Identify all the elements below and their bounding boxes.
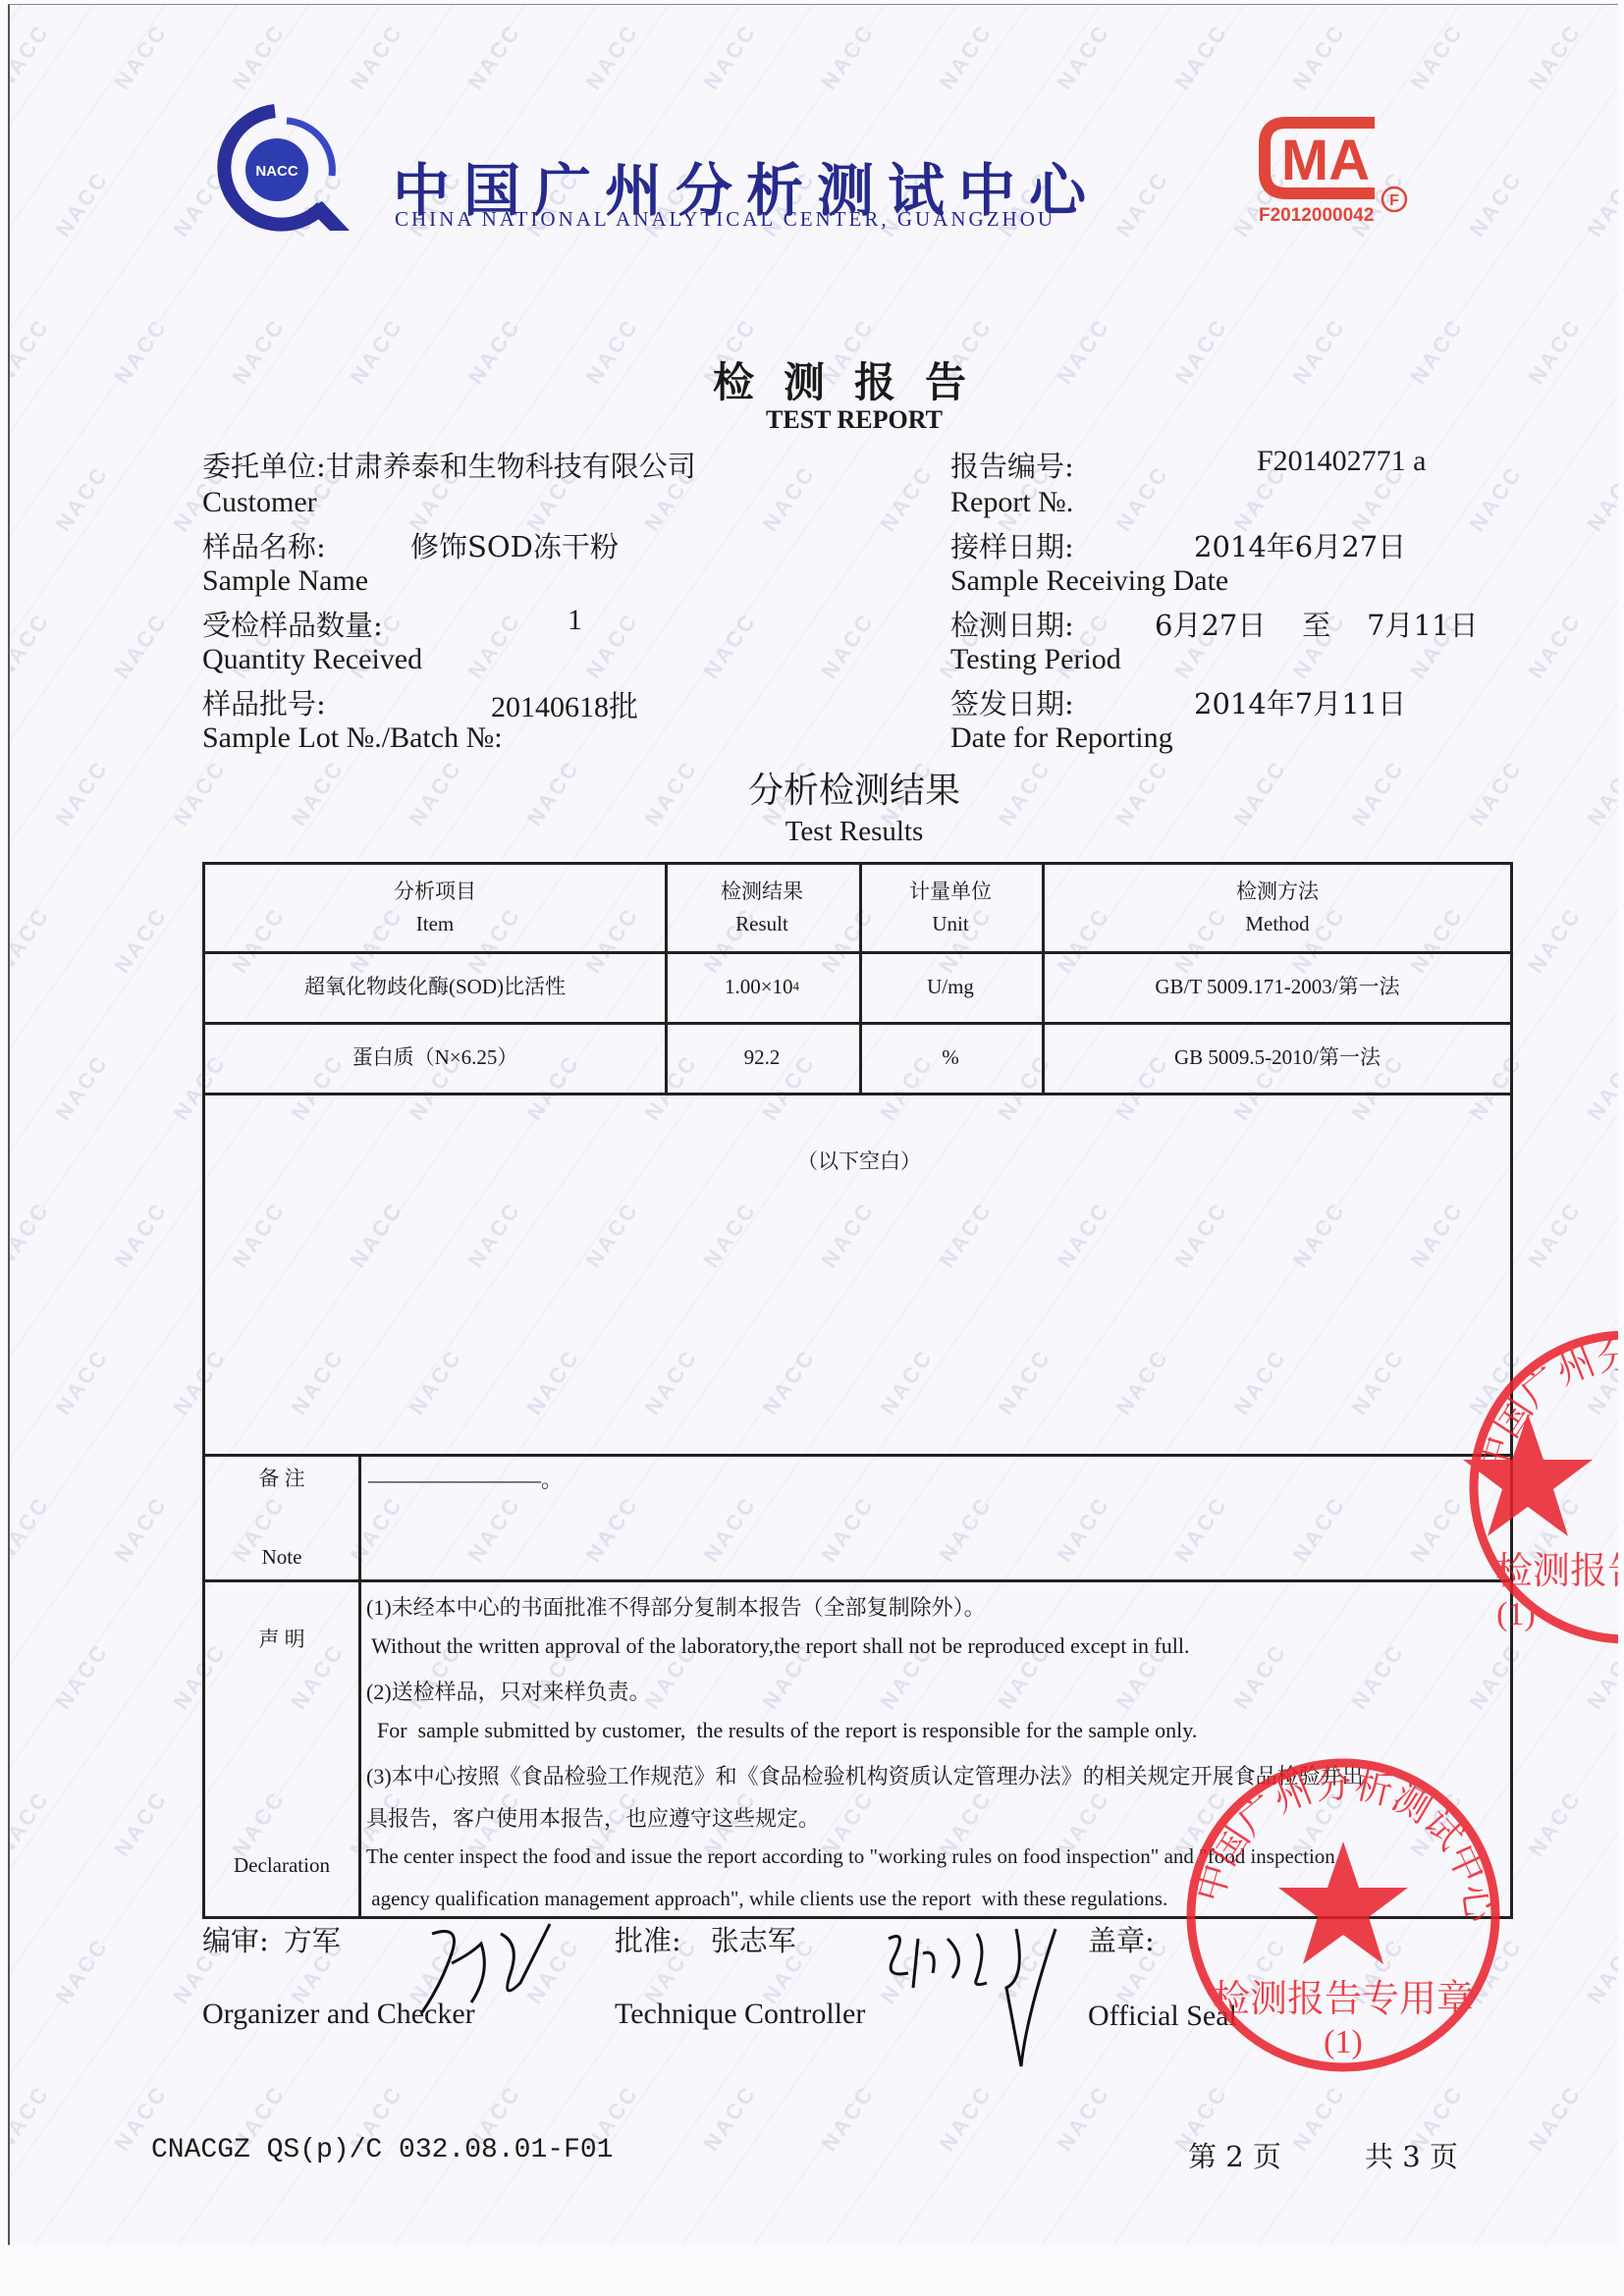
watermark-text: NACC bbox=[1287, 2081, 1351, 2157]
watermark-text: NACC bbox=[50, 167, 114, 242]
svg-text:NACC: NACC bbox=[255, 163, 298, 180]
sample-name-label-cn: 样品名称: bbox=[202, 525, 326, 565]
row1-result: 1.00×104 bbox=[665, 951, 859, 1022]
declaration-line-1: (1)未经本中心的书面批准不得部分复制本报告（全部复制除外）。 bbox=[366, 1591, 986, 1622]
svg-text:MA: MA bbox=[1281, 129, 1370, 192]
note-content: ————————。 bbox=[368, 1464, 563, 1494]
report-no-label-cn: 报告编号: bbox=[950, 445, 1074, 485]
customer-field: 委托单位:甘肃养泰和生物科技有限公司 bbox=[202, 445, 696, 485]
col-header-result: 检测结果Result bbox=[665, 865, 859, 951]
declaration-label-cn: 声 明 bbox=[205, 1625, 358, 1654]
controller-field: 批准: 张志军 bbox=[615, 1919, 796, 1959]
official-seal-partial-icon: 中国广州分析测试中心 检测报告专用章 (1) bbox=[1459, 1320, 1618, 1654]
watermark-text: NACC bbox=[1464, 461, 1528, 537]
col-header-unit: 计量单位Unit bbox=[859, 865, 1042, 951]
col-header-method: 检测方法Method bbox=[1042, 865, 1513, 951]
cma-number: F2012000042 bbox=[1259, 205, 1374, 227]
watermark-text: NACC bbox=[8, 1492, 55, 1568]
official-seal-icon: 中国广州分析测试中心 检测报告专用章 (1) bbox=[1176, 1748, 1510, 2082]
report-no-value: F201402771 a bbox=[1257, 445, 1427, 478]
watermark-text: NACC bbox=[1110, 167, 1174, 242]
report-date-label-cn: 签发日期: bbox=[950, 682, 1074, 722]
customer-label-cn: 委托单位: bbox=[202, 450, 326, 483]
watermark-text: NACC bbox=[50, 1934, 114, 2009]
organizer-label-en: Organizer and Checker bbox=[202, 1998, 475, 2031]
watermark-text: NACC bbox=[109, 609, 173, 684]
report-date-value: 2014年7月11日 bbox=[1194, 682, 1406, 722]
col-header-item: 分析项目Item bbox=[205, 865, 665, 951]
declaration-line-3: (2)送检样品，只对来样负责。 bbox=[366, 1676, 651, 1706]
watermark-text: NACC bbox=[1052, 2081, 1115, 2157]
results-title-en: Test Results bbox=[10, 816, 1618, 848]
report-title-cn: 检测报告 bbox=[10, 350, 1618, 409]
row2-result: 92.2 bbox=[665, 1022, 859, 1093]
watermark-text: NACC bbox=[1582, 461, 1618, 537]
report-date-label-en: Date for Reporting bbox=[950, 721, 1173, 755]
watermark-text: NACC bbox=[109, 1198, 173, 1273]
declaration-line-4: For sample submitted by customer, the re… bbox=[366, 1718, 1197, 1743]
receiving-date-label-cn: 接样日期: bbox=[950, 525, 1074, 565]
watermark-text: NACC bbox=[1523, 20, 1587, 95]
row1-unit: U/mg bbox=[859, 951, 1042, 1022]
svg-text:检测报告专用章: 检测报告专用章 bbox=[1495, 1549, 1618, 1592]
sample-name-label-en: Sample Name bbox=[202, 564, 368, 598]
watermark-text: NACC bbox=[875, 461, 939, 537]
watermark-text: NACC bbox=[698, 609, 762, 684]
page-total: 共 3 页 bbox=[1365, 2135, 1458, 2175]
testing-period-label-cn: 检测日期: bbox=[950, 604, 1074, 644]
seal-label-cn: 盖章: bbox=[1088, 1919, 1155, 1959]
svg-text:检测报告专用章: 检测报告专用章 bbox=[1213, 1977, 1474, 2020]
watermark-text: NACC bbox=[227, 20, 291, 95]
watermark-text: NACC bbox=[50, 1639, 114, 1715]
results-title-cn: 分析检测结果 bbox=[10, 763, 1618, 813]
receiving-date-label-en: Sample Receiving Date bbox=[950, 564, 1228, 598]
watermark-text: NACC bbox=[462, 609, 526, 684]
receiving-date-value: 2014年6月27日 bbox=[1194, 525, 1406, 565]
row1-method: GB/T 5009.171-2003/第一法 bbox=[1042, 951, 1513, 1022]
organizer-name: 方军 bbox=[284, 1924, 341, 1957]
watermark-text: NACC bbox=[50, 461, 114, 537]
watermark-text: NACC bbox=[8, 20, 55, 95]
watermark-text: NACC bbox=[580, 609, 644, 684]
watermark-text: NACC bbox=[1287, 20, 1351, 95]
blank-below-note: （以下空白） bbox=[205, 1142, 1513, 1181]
watermark-text: NACC bbox=[1169, 20, 1233, 95]
note-label-en: Note bbox=[205, 1542, 358, 1572]
watermark-text: NACC bbox=[1582, 1934, 1618, 2009]
watermark-text: NACC bbox=[757, 461, 821, 537]
controller-signature-icon bbox=[879, 1919, 1075, 2076]
page-current: 第 2 页 bbox=[1188, 2135, 1281, 2175]
watermark-text: NACC bbox=[109, 1787, 173, 1862]
row1-item: 超氧化物歧化酶(SOD)比活性 bbox=[205, 951, 665, 1022]
row2-item: 蛋白质（N×6.25） bbox=[205, 1022, 665, 1093]
org-name-en: CHINA NATIONAL ANALYTICAL CENTER, GUANGZ… bbox=[395, 207, 1056, 232]
batch-label-cn: 样品批号: bbox=[202, 682, 326, 722]
watermark-text: NACC bbox=[8, 2081, 55, 2157]
watermark-text: NACC bbox=[698, 20, 762, 95]
watermark-text: NACC bbox=[8, 609, 55, 684]
quantity-label-en: Quantity Received bbox=[202, 643, 422, 676]
testing-period-label-en: Testing Period bbox=[950, 643, 1121, 676]
watermark-text: NACC bbox=[1110, 461, 1174, 537]
watermark-text: NACC bbox=[50, 1345, 114, 1420]
watermark-text: NACC bbox=[1523, 1198, 1587, 1273]
watermark-text: NACC bbox=[580, 20, 644, 95]
batch-value: 20140618批 bbox=[491, 682, 638, 725]
form-code: CNACGZ QS(p)/C 032.08.01-F01 bbox=[151, 2135, 613, 2165]
nacc-logo-icon: NACC bbox=[206, 99, 363, 237]
watermark-text: NACC bbox=[934, 20, 998, 95]
watermark-text: NACC bbox=[8, 1198, 55, 1273]
report-title-en: TEST REPORT bbox=[10, 405, 1618, 435]
watermark-text: NACC bbox=[1523, 1787, 1587, 1862]
watermark-text: NACC bbox=[1523, 2081, 1587, 2157]
watermark-text: NACC bbox=[816, 609, 880, 684]
report-page: NACCNACCNACCNACCNACCNACCNACCNACCNACCNACC… bbox=[8, 4, 1618, 2245]
controller-name: 张志军 bbox=[711, 1924, 796, 1957]
watermark-text: NACC bbox=[1582, 167, 1618, 242]
watermark-text: NACC bbox=[1582, 1050, 1618, 1126]
customer-value: 甘肃养泰和生物科技有限公司 bbox=[326, 450, 696, 483]
declaration-line-8: agency qualification management approach… bbox=[366, 1887, 1167, 1911]
sample-name-value: 修饰SOD冻干粉 bbox=[410, 525, 619, 565]
watermark-text: NACC bbox=[1405, 20, 1469, 95]
svg-text:(1): (1) bbox=[1324, 2024, 1363, 2060]
watermark-text: NACC bbox=[1523, 903, 1587, 979]
watermark-text: NACC bbox=[1464, 167, 1528, 242]
declaration-line-2: Without the written approval of the labo… bbox=[366, 1633, 1190, 1659]
watermark-text: NACC bbox=[698, 2081, 762, 2157]
row2-method: GB 5009.5-2010/第一法 bbox=[1042, 1022, 1513, 1093]
declaration-label-en: Declaration bbox=[205, 1850, 358, 1880]
svg-text:(1): (1) bbox=[1496, 1596, 1536, 1632]
note-label-cn: 备 注 bbox=[205, 1464, 358, 1493]
watermark-text: NACC bbox=[934, 2081, 998, 2157]
watermark-text: NACC bbox=[1052, 20, 1115, 95]
watermark-text: NACC bbox=[109, 1492, 173, 1568]
watermark-text: NACC bbox=[816, 2081, 880, 2157]
report-no-label-en: Report №. bbox=[950, 486, 1073, 519]
quantity-label-cn: 受检样品数量: bbox=[202, 604, 383, 644]
batch-label-en: Sample Lot №./Batch №: bbox=[202, 721, 503, 755]
row2-unit: % bbox=[859, 1022, 1042, 1093]
controller-label-en: Technique Controller bbox=[615, 1998, 865, 2031]
watermark-text: NACC bbox=[8, 903, 55, 979]
declaration-line-6: 具报告，客户使用本报告，也应遵守这些规定。 bbox=[366, 1802, 820, 1833]
watermark-text: NACC bbox=[345, 20, 408, 95]
watermark-text: NACC bbox=[8, 1787, 55, 1862]
watermark-text: NACC bbox=[109, 20, 173, 95]
svg-text:F: F bbox=[1389, 192, 1399, 209]
quantity-value: 1 bbox=[568, 604, 582, 637]
watermark-text: NACC bbox=[462, 20, 526, 95]
watermark-text: NACC bbox=[816, 20, 880, 95]
customer-label-en: Customer bbox=[202, 486, 317, 519]
testing-period-value: 6月27日 至 7月11日 bbox=[1155, 604, 1478, 644]
organizer-field: 编审: 方军 bbox=[202, 1919, 341, 1959]
watermark-text: NACC bbox=[50, 1050, 114, 1126]
watermark-text: NACC bbox=[109, 903, 173, 979]
watermark-text: NACC bbox=[1523, 609, 1587, 684]
